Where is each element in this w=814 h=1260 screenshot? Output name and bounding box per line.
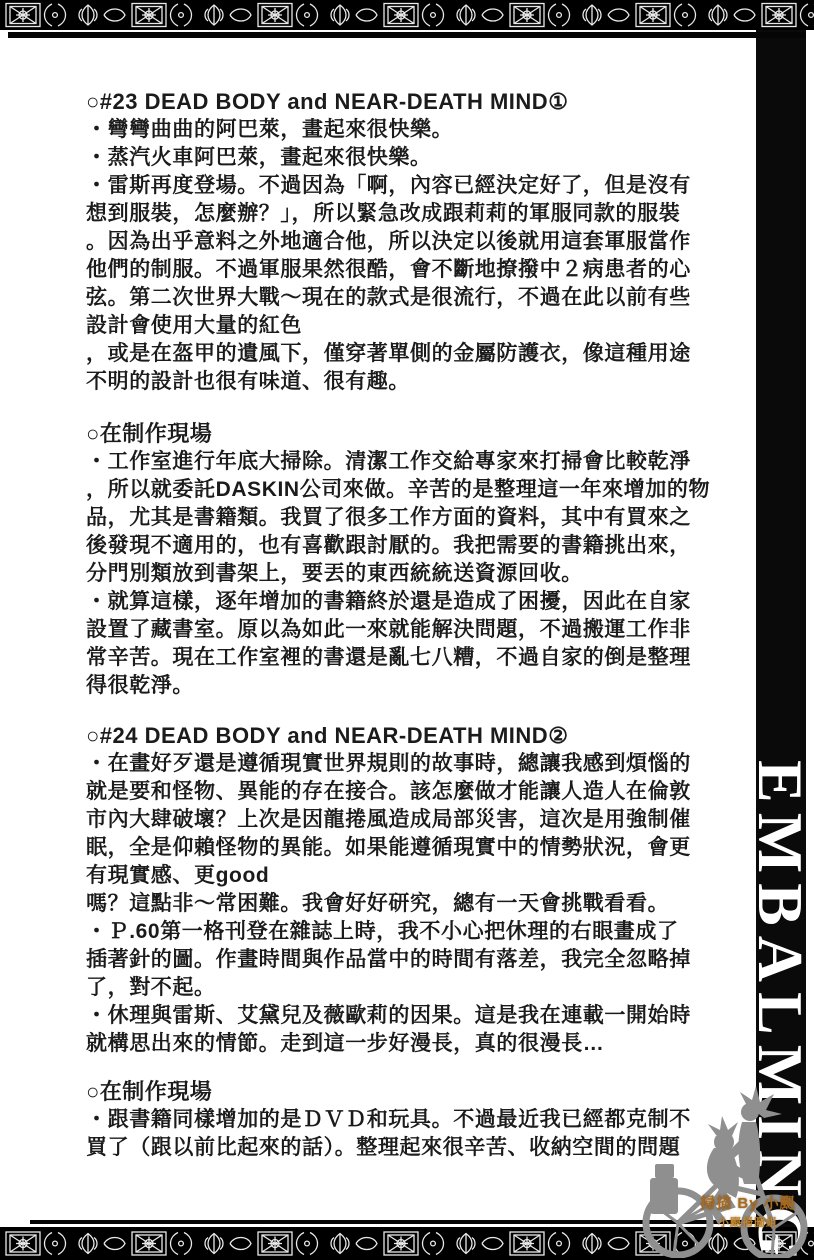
afterword-line: 弦。第二次世界大戰～現在的款式是很流行，不過在此以前有些 bbox=[86, 284, 722, 312]
scanlator-watermark: 掃描 By 小颶 小颶掃圖組 bbox=[684, 1192, 812, 1230]
afterword-line: 想到服裝，怎麼辦？」，所以緊急改成跟莉莉的軍服同款的服裝 bbox=[86, 200, 722, 228]
section-production-2-heading: ○在制作現場 bbox=[86, 1078, 722, 1106]
afterword-line: 品，尤其是書籍類。我買了很多工作方面的資料，其中有買來之 bbox=[86, 504, 722, 532]
afterword-line: ・休理與雷斯、艾黛兒及薇歐莉的因果。這是我在連載一開始時 bbox=[86, 1002, 722, 1030]
afterword-line: 就構思出來的情節。走到這一步好漫長，真的很漫長… bbox=[86, 1030, 722, 1058]
afterword-line: 市內大肆破壞？上次是因龍捲風造成局部災害，這次是用強制催 bbox=[86, 806, 722, 834]
section-production-1: ○在制作現場 ・工作室進行年底大掃除。清潔工作交給專家來打掃會比較乾淨 ，所以就… bbox=[86, 420, 722, 700]
afterword-line: ，所以就委託DASKIN公司來做。辛苦的是整理這一年來增加的物 bbox=[86, 476, 722, 504]
afterword-line: 後發現不適用的，也有喜歡跟討厭的。我把需要的書籍挑出來， bbox=[86, 532, 722, 560]
watermark-line2: 小颶掃圖組 bbox=[684, 1214, 812, 1230]
afterword-line: 有現實感、更good bbox=[86, 862, 722, 890]
afterword-line: 就是要和怪物、異能的存在接合。該怎麼做才能讓人造人在倫敦 bbox=[86, 778, 722, 806]
afterword-line: ，或是在盔甲的遺風下，僅穿著單側的金屬防護衣，像這種用途 bbox=[86, 340, 722, 368]
watermark-line1: 掃描 By 小颶 bbox=[684, 1192, 812, 1213]
top-rule bbox=[8, 32, 806, 38]
afterword-line: 插著針的圖。作畫時間與作品當中的時間有落差，我完全忽略掉 bbox=[86, 946, 722, 974]
afterword-line: ・雷斯再度登場。不過因為「啊，內容已經決定好了，但是沒有 bbox=[86, 172, 722, 200]
afterword-line: ・在畫好歹還是遵循現實世界規則的故事時，總讓我感到煩惱的 bbox=[86, 750, 722, 778]
afterword-line: ・彎彎曲曲的阿巴萊，畫起來很快樂。 bbox=[86, 116, 722, 144]
afterword-line: 不明的設計也很有味道、很有趣。 bbox=[86, 368, 722, 396]
afterword-line: 了，對不起。 bbox=[86, 974, 722, 1002]
afterword-line: 他們的制服。不過軍服果然很酷，會不斷地撩撥中２病患者的心 bbox=[86, 256, 722, 284]
afterword-line: 嗎？這點非～常困難。我會好好研究，總有一天會挑戰看看。 bbox=[86, 890, 722, 918]
section-production-2: ○在制作現場 ・跟書籍同樣增加的是ＤＶＤ和玩具。不過最近我已經都克制不 買了（跟… bbox=[86, 1078, 722, 1162]
afterword-line: 常辛苦。現在工作室裡的書還是亂七八糟，不過自家的倒是整理 bbox=[86, 644, 722, 672]
afterword-line: 設計會使用大量的紅色 bbox=[86, 312, 722, 340]
afterword-line: 眠，全是仰賴怪物的異能。如果能遵循現實中的情勢狀況，會更 bbox=[86, 834, 722, 862]
afterword-line: 得很乾淨。 bbox=[86, 672, 722, 700]
section-production-1-heading: ○在制作現場 bbox=[86, 420, 722, 448]
afterword-line: ・就算這樣，逐年增加的書籍終於還是造成了困擾，因此在自家 bbox=[86, 588, 722, 616]
afterword-line: ・蒸汽火車阿巴萊，畫起來很快樂。 bbox=[86, 144, 722, 172]
section-24: ○#24 DEAD BODY and NEAR-DEATH MIND② ・在畫好… bbox=[86, 722, 722, 1058]
afterword-line: 設置了藏書室。原以為如此一來就能解決問題，不過搬運工作非 bbox=[86, 616, 722, 644]
section-23-heading: ○#23 DEAD BODY and NEAR-DEATH MIND① bbox=[86, 88, 722, 116]
section-23: ○#23 DEAD BODY and NEAR-DEATH MIND① ・彎彎曲… bbox=[86, 88, 722, 396]
afterword-line: ・工作室進行年底大掃除。清潔工作交給專家來打掃會比較乾淨 bbox=[86, 448, 722, 476]
afterword-line: 買了（跟以前比起來的話）。整理起來很辛苦、收納空間的問題 bbox=[86, 1134, 722, 1162]
afterword-line: ・Ｐ.60第一格刊登在雜誌上時，我不小心把休理的右眼畫成了 bbox=[86, 918, 722, 946]
afterword-line: 。因為出乎意料之外地適合他，所以決定以後就用這套軍服當作 bbox=[86, 228, 722, 256]
afterword-line: ・跟書籍同樣增加的是ＤＶＤ和玩具。不過最近我已經都克制不 bbox=[86, 1106, 722, 1134]
manga-afterword-page: EMBALMING ○#23 DEAD BODY and NEAR-DEATH … bbox=[0, 0, 814, 1260]
afterword-line: 分門別類放到書架上，要丟的東西統統送資源回收。 bbox=[86, 560, 722, 588]
section-24-heading: ○#24 DEAD BODY and NEAR-DEATH MIND② bbox=[86, 722, 722, 750]
ornate-border-top bbox=[0, 0, 814, 30]
